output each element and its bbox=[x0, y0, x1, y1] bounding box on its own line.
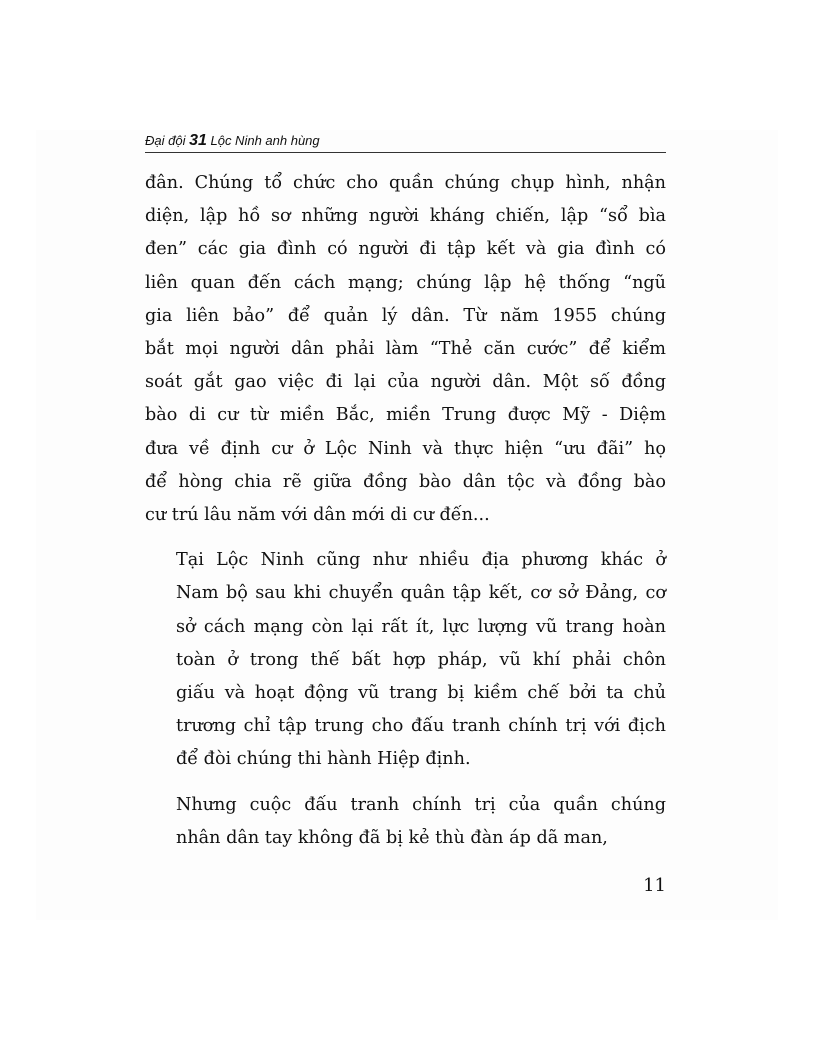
text-line: bắt mọi người dân phải làm “Thẻ căn cước… bbox=[145, 333, 666, 366]
text-line: liên quan đến cách mạng; chúng lập hệ th… bbox=[145, 267, 666, 300]
text-line: Nhưng cuộc đấu tranh chính trị của quần … bbox=[145, 789, 666, 822]
text-line: cư trú lâu năm với dân mới di cư đến... bbox=[145, 499, 666, 532]
text-line: Nam bộ sau khi chuyển quân tập kết, cơ s… bbox=[145, 577, 666, 610]
page-number: 11 bbox=[145, 875, 666, 896]
running-head: Đại đội 31 Lộc Ninh anh hùng bbox=[145, 132, 666, 153]
paragraph: đân. Chúng tổ chức cho quần chúng chụp h… bbox=[145, 167, 666, 532]
text-line: đen” các gia đình có người đi tập kết và… bbox=[145, 233, 666, 266]
running-head-prefix: Đại đội bbox=[145, 133, 189, 148]
text-line: để đòi chúng thi hành Hiệp định. bbox=[145, 743, 666, 776]
body-text: đân. Chúng tổ chức cho quần chúng chụp h… bbox=[145, 167, 666, 855]
text-line: trương chỉ tập trung cho đấu tranh chính… bbox=[145, 710, 666, 743]
running-head-suffix: Lộc Ninh anh hùng bbox=[207, 133, 320, 148]
text-line: để hòng chia rẽ giữa đồng bào dân tộc và… bbox=[145, 466, 666, 499]
paragraph: Tại Lộc Ninh cũng như nhiều địa phương k… bbox=[145, 544, 666, 776]
book-page: Đại đội 31 Lộc Ninh anh hùng đân. Chúng … bbox=[145, 132, 666, 855]
text-line: toàn ở trong thế bất hợp pháp, vũ khí ph… bbox=[145, 644, 666, 677]
running-head-number: 31 bbox=[189, 132, 207, 149]
text-line: đưa về định cư ở Lộc Ninh và thực hiện “… bbox=[145, 433, 666, 466]
text-line: nhân dân tay không đã bị kẻ thù đàn áp d… bbox=[145, 822, 666, 855]
text-line: sở cách mạng còn lại rất ít, lực lượng v… bbox=[145, 611, 666, 644]
text-line: đân. Chúng tổ chức cho quần chúng chụp h… bbox=[145, 167, 666, 200]
text-line: Tại Lộc Ninh cũng như nhiều địa phương k… bbox=[145, 544, 666, 577]
paragraph: Nhưng cuộc đấu tranh chính trị của quần … bbox=[145, 789, 666, 855]
text-line: soát gắt gao việc đi lại của người dân. … bbox=[145, 366, 666, 399]
text-line: gia liên bảo” để quản lý dân. Từ năm 195… bbox=[145, 300, 666, 333]
text-line: bào di cư từ miền Bắc, miền Trung được M… bbox=[145, 399, 666, 432]
text-line: giấu và hoạt động vũ trang bị kiềm chế b… bbox=[145, 677, 666, 710]
text-line: diện, lập hồ sơ những người kháng chiến,… bbox=[145, 200, 666, 233]
